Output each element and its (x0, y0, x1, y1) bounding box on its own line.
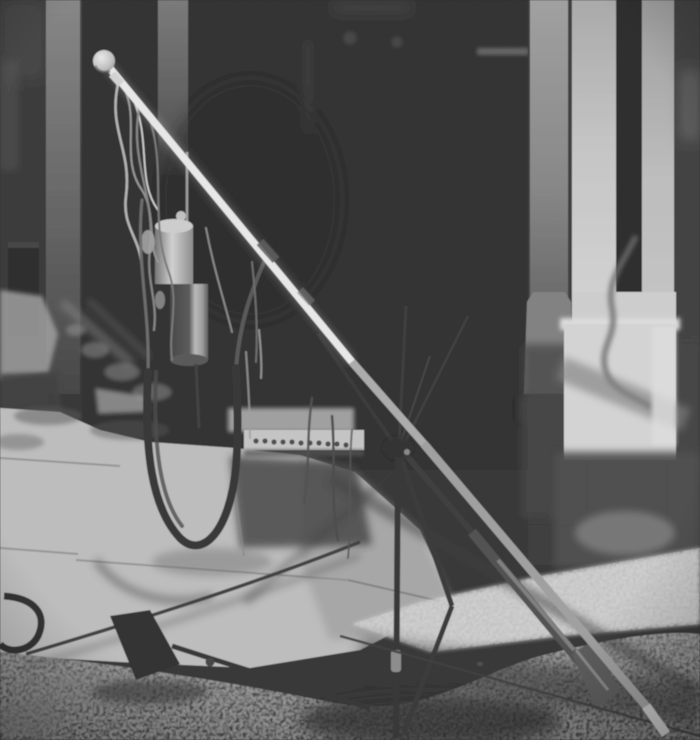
vignette (0, 0, 700, 740)
photo-canvas: Flagpole and stacked rifles in a courtya… (0, 0, 700, 740)
photograph: Flagpole and stacked rifles in a courtya… (0, 0, 700, 740)
